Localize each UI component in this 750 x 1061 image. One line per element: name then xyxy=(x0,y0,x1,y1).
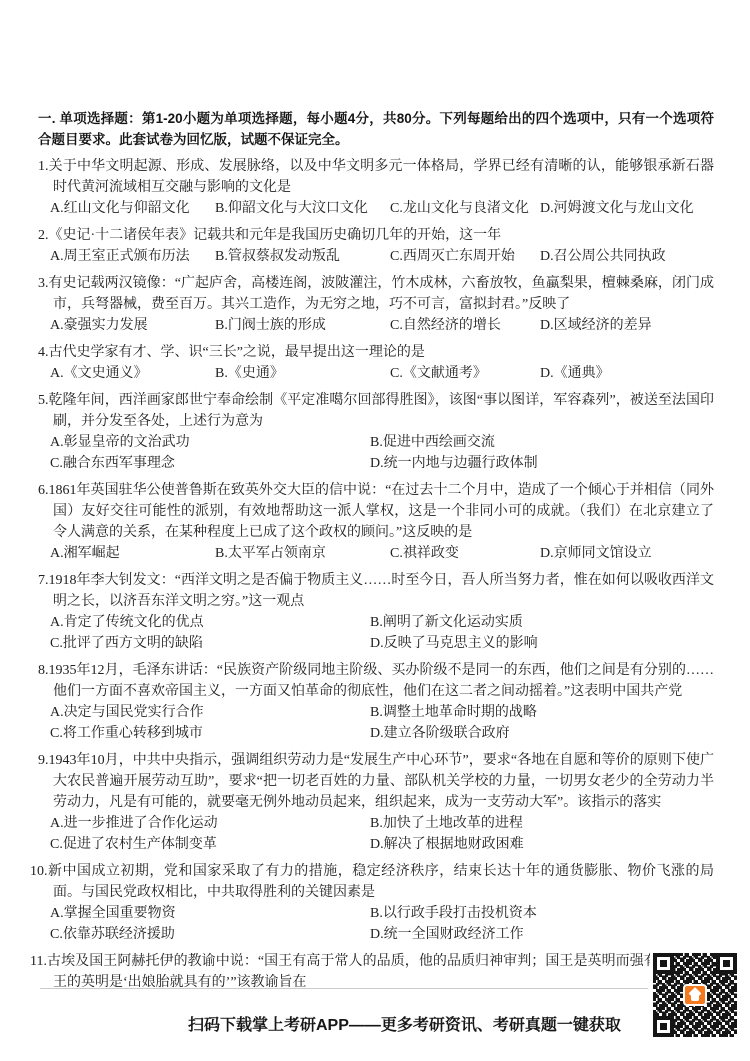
question-options: A.进一步推进了合作化运动B.加快了土地改革的进程C.促进了农村生产体制变革D.… xyxy=(50,813,714,855)
option-label: A.肯定了传统文化的优点 xyxy=(50,612,370,633)
question-item: 1.关于中华文明起源、形成、发展脉络，以及中华文明多元一体格局，学界已经有清晰的… xyxy=(38,156,714,219)
option-label: C.西周灭亡东周开始 xyxy=(390,246,540,267)
option-label: A.《文史通义》 xyxy=(50,363,215,384)
footer-divider xyxy=(40,988,648,989)
option-label: B.太平军占领南京 xyxy=(215,543,390,564)
question-options: A.湘军崛起B.太平军占领南京C.祺祥政变D.京师同文馆设立 xyxy=(50,543,714,564)
question-options: A.红山文化与仰韶文化B.仰韶文化与大汶口文化C.龙山文化与良渚文化D.河姆渡文… xyxy=(50,198,714,219)
option-label: D.召公周公共同执政 xyxy=(540,246,714,267)
footer-text: 扫码下载掌上考研APP——更多考研资讯、考研真题一键获取 xyxy=(188,1012,621,1035)
qr-code xyxy=(650,950,740,1040)
option-label: B.以行政手段打击投机资本 xyxy=(370,903,714,924)
question-item: 7.1918年李大钊发文：“西洋文明之是否偏于物质主义……时至今日，吾人所当努力… xyxy=(38,570,714,654)
question-item: 6.1861年英国驻华公使普鲁斯在致英外交大臣的信中说：“在过去十二个月中，造成… xyxy=(38,480,714,564)
option-label: A.周王室正式颁布历法 xyxy=(50,246,215,267)
option-label: B.加快了土地改革的进程 xyxy=(370,813,714,834)
graduation-cap-icon xyxy=(683,984,707,1006)
option-label: D.河姆渡文化与龙山文化 xyxy=(540,198,714,219)
question-options: A.彰显皇帝的文治武功B.促进中西绘画交流C.融合东西军事理念D.统一内地与边疆… xyxy=(50,432,714,474)
qr-finder-icon xyxy=(653,1016,674,1037)
option-label: D.区域经济的差异 xyxy=(540,315,714,336)
question-options: A.周王室正式颁布历法B.管叔蔡叔发动叛乱C.西周灭亡东周开始D.召公周公共同执… xyxy=(50,246,714,267)
question-stem: 7.1918年李大钊发文：“西洋文明之是否偏于物质主义……时至今日，吾人所当努力… xyxy=(38,570,714,612)
question-stem: 8.1935年12月，毛泽东讲话：“民族资产阶级同地主阶级、买办阶级不是同一的东… xyxy=(38,660,714,702)
question-item: 9.1943年10月，中共中央指示，强调组织劳动力是“发展生产中心环节”，要求“… xyxy=(38,750,714,855)
option-label: D.统一内地与边疆行政体制 xyxy=(370,453,714,474)
option-label: B.促进中西绘画交流 xyxy=(370,432,714,453)
question-list: 1.关于中华文明起源、形成、发展脉络，以及中华文明多元一体格局，学界已经有清晰的… xyxy=(38,156,714,993)
qr-finder-icon xyxy=(653,953,674,974)
option-label: B.管叔蔡叔发动叛乱 xyxy=(215,246,390,267)
question-stem: 6.1861年英国驻华公使普鲁斯在致英外交大臣的信中说：“在过去十二个月中，造成… xyxy=(38,480,714,543)
question-item: 4.古代史学家有才、学、识“三长”之说，最早提出这一理论的是 A.《文史通义》B… xyxy=(38,342,714,384)
qr-finder-icon xyxy=(716,953,737,974)
question-options: A.《文史通义》B.《史通》C.《文献通考》D.《通典》 xyxy=(50,363,714,384)
option-label: C.自然经济的增长 xyxy=(390,315,540,336)
option-label: C.祺祥政变 xyxy=(390,543,540,564)
qr-pattern xyxy=(653,953,737,1037)
option-label: A.进一步推进了合作化运动 xyxy=(50,813,370,834)
question-options: A.决定与国民党实行合作B.调整土地革命时期的战略C.将工作重心转移到城市D.建… xyxy=(50,702,714,744)
question-stem: 11.古埃及国王阿赫托伊的教谕中说：“国王有高于常人的品质，他的品质归神审判；国… xyxy=(38,951,714,993)
option-label: B.调整土地革命时期的战略 xyxy=(370,702,714,723)
option-label: A.彰显皇帝的文治武功 xyxy=(50,432,370,453)
question-item: 2.《史记·十二诸侯年表》记载共和元年是我国历史确切几年的开始，这一年 A.周王… xyxy=(38,225,714,267)
question-options: A.豪强实力发展B.门阀士族的形成C.自然经济的增长D.区域经济的差异 xyxy=(50,315,714,336)
section-header: 一. 单项选择题：第1-20小题为单项选择题，每小题4分，共80分。下列每题给出… xyxy=(38,108,714,150)
exam-content: 一. 单项选择题：第1-20小题为单项选择题，每小题4分，共80分。下列每题给出… xyxy=(38,108,714,993)
option-label: A.掌握全国重要物资 xyxy=(50,903,370,924)
option-label: A.决定与国民党实行合作 xyxy=(50,702,370,723)
option-label: A.豪强实力发展 xyxy=(50,315,215,336)
option-label: B.阐明了新文化运动实质 xyxy=(370,612,714,633)
option-label: A.红山文化与仰韶文化 xyxy=(50,198,215,219)
option-label: D.反映了马克思主义的影响 xyxy=(370,633,714,654)
question-options: A.肯定了传统文化的优点B.阐明了新文化运动实质C.批评了西方文明的缺陷D.反映… xyxy=(50,612,714,654)
question-item: 5.乾隆年间，西洋画家郎世宁奉命绘制《平定准噶尔回部得胜图》，该图“事以图详，军… xyxy=(38,390,714,474)
question-stem: 4.古代史学家有才、学、识“三长”之说，最早提出这一理论的是 xyxy=(38,342,714,363)
option-label: C.依靠苏联经济援助 xyxy=(50,924,370,945)
option-label: C.将工作重心转移到城市 xyxy=(50,723,370,744)
question-item: 10.新中国成立初期，党和国家采取了有力的措施，稳定经济秩序，结束长达十年的通货… xyxy=(38,861,714,945)
option-label: D.《通典》 xyxy=(540,363,714,384)
document-page: { "section_header": { "text": "一. 单项选择题：… xyxy=(0,0,750,1061)
question-stem: 5.乾隆年间，西洋画家郎世宁奉命绘制《平定准噶尔回部得胜图》，该图“事以图详，军… xyxy=(38,390,714,432)
option-label: D.统一全国财政经济工作 xyxy=(370,924,714,945)
option-label: B.仰韶文化与大汶口文化 xyxy=(215,198,390,219)
option-label: B.门阀士族的形成 xyxy=(215,315,390,336)
question-stem: 1.关于中华文明起源、形成、发展脉络，以及中华文明多元一体格局，学界已经有清晰的… xyxy=(38,156,714,198)
question-options: A.掌握全国重要物资B.以行政手段打击投机资本C.依靠苏联经济援助D.统一全国财… xyxy=(50,903,714,945)
question-item: 11.古埃及国王阿赫托伊的教谕中说：“国王有高于常人的品质，他的品质归神审判；国… xyxy=(38,951,714,993)
option-label: D.建立各阶级联合政府 xyxy=(370,723,714,744)
option-label: C.融合东西军事理念 xyxy=(50,453,370,474)
question-item: 3.有史记载两汉镜像：“广起庐舍，高楼连阁，波陂灌注，竹木成林，六畜放牧，鱼蠃梨… xyxy=(38,273,714,336)
option-label: D.解决了根据地财政困难 xyxy=(370,834,714,855)
question-stem: 10.新中国成立初期，党和国家采取了有力的措施，稳定经济秩序，结束长达十年的通货… xyxy=(38,861,714,903)
option-label: C.《文献通考》 xyxy=(390,363,540,384)
option-label: C.促进了农村生产体制变革 xyxy=(50,834,370,855)
option-label: C.批评了西方文明的缺陷 xyxy=(50,633,370,654)
question-item: 8.1935年12月，毛泽东讲话：“民族资产阶级同地主阶级、买办阶级不是同一的东… xyxy=(38,660,714,744)
question-stem: 2.《史记·十二诸侯年表》记载共和元年是我国历史确切几年的开始，这一年 xyxy=(38,225,714,246)
question-stem: 3.有史记载两汉镜像：“广起庐舍，高楼连阁，波陂灌注，竹木成林，六畜放牧，鱼蠃梨… xyxy=(38,273,714,315)
question-stem: 9.1943年10月，中共中央指示，强调组织劳动力是“发展生产中心环节”，要求“… xyxy=(38,750,714,813)
option-label: A.湘军崛起 xyxy=(50,543,215,564)
option-label: C.龙山文化与良渚文化 xyxy=(390,198,540,219)
option-label: D.京师同文馆设立 xyxy=(540,543,714,564)
option-label: B.《史通》 xyxy=(215,363,390,384)
